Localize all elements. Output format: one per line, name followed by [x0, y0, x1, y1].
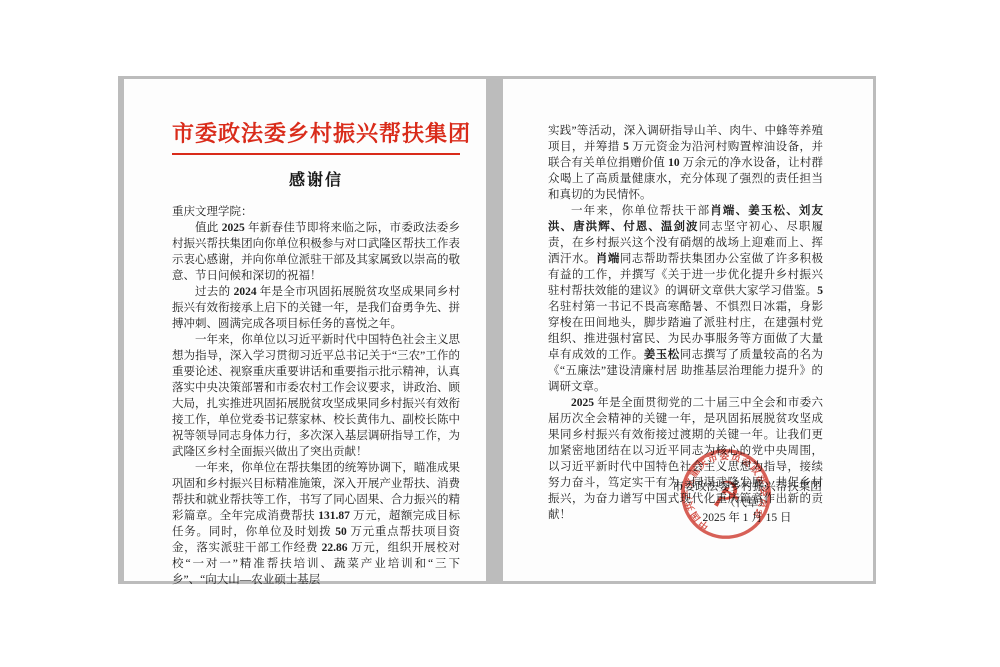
letter-paragraph: 一年来，你单位帮扶干部肖端、姜玉松、刘友洪、唐洪辉、付恩、温剑波同志坚守初心、尽… — [548, 203, 823, 395]
letter-paragraph: 实践”等活动，深入调研指导山羊、肉牛、中蜂等养殖项目，并筹措 5 万元资金为沿河… — [548, 123, 823, 203]
letter-page-2: 实践”等活动，深入调研指导山羊、肉牛、中蜂等养殖项目，并筹措 5 万元资金为沿河… — [503, 79, 873, 581]
letter-paragraph: 一年来，你单位以习近平新时代中国特色社会主义思想为指导，深入学习贯彻习近平总书记… — [172, 332, 460, 460]
letter-page-1: 市委政法委乡村振兴帮扶集团 感谢信 重庆文理学院： 值此 2025 年新春佳节即… — [124, 79, 486, 581]
document-type-title: 感谢信 — [172, 167, 460, 190]
letter-paragraph: 一年来，你单位在帮扶集团的统筹协调下，瞄准成果巩固和乡村振兴目标精准施策，深入开… — [172, 460, 460, 588]
hammer-sickle-icon: ☭ — [709, 474, 743, 516]
official-seal: 中国共产党重庆市委员会政法委员会 ☭ — [676, 444, 776, 544]
letter-paragraph: 值此 2025 年新春佳节即将来临之际，市委政法委乡村振兴帮扶集团向你单位积极参… — [172, 220, 460, 284]
letter-paragraph: 过去的 2024 年是全市巩固拓展脱贫攻坚成果同乡村振兴有效衔接承上启下的关键一… — [172, 284, 460, 332]
page1-body: 重庆文理学院： 值此 2025 年新春佳节即将来临之际，市委政法委乡村振兴帮扶集… — [172, 204, 460, 588]
scanned-letter-spread: 市委政法委乡村振兴帮扶集团 感谢信 重庆文理学院： 值此 2025 年新春佳节即… — [118, 76, 876, 584]
page1-paragraphs: 值此 2025 年新春佳节即将来临之际，市委政法委乡村振兴帮扶集团向你单位积极参… — [172, 220, 460, 588]
salutation: 重庆文理学院： — [172, 204, 460, 220]
letterhead-title: 市委政法委乡村振兴帮扶集团 — [172, 117, 460, 155]
